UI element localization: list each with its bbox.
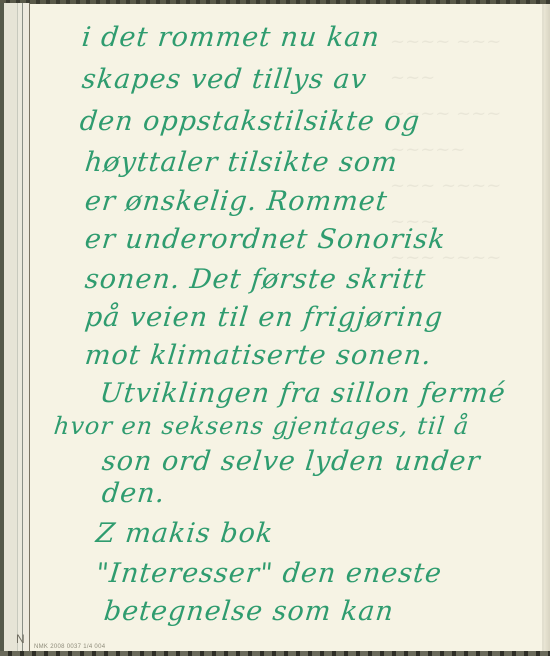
handwritten-line-1: i det rommet nu kan xyxy=(81,24,382,51)
manuscript-scan: ~~~~ ~~~ ~~~ ~~~~ ~~~ ~~~~~ ~~~ ~~~~ ~~~… xyxy=(0,0,550,656)
handwritten-line-7: sonen. Det første skritt xyxy=(84,266,428,293)
handwritten-line-2: skapes ved tillys av xyxy=(81,66,369,93)
handwritten-line-5: er ønskelig. Rommet xyxy=(84,188,389,215)
handwritten-line-11: hvor en seksens gjentages, til å xyxy=(53,414,471,438)
handwritten-line-10: Utviklingen fra sillon fermé xyxy=(99,380,508,407)
handwritten-line-4: høyttaler tilsikte som xyxy=(84,149,400,176)
scan-bottom-border xyxy=(0,651,550,656)
page-stack-edge xyxy=(0,3,30,651)
handwritten-line-14: Z makis bok xyxy=(95,520,275,547)
margin-mark: N xyxy=(16,632,25,646)
handwritten-line-8: på veien til en frigjøring xyxy=(84,304,445,331)
handwritten-line-15: "Interesser" den eneste xyxy=(95,560,444,587)
handwritten-line-13: den. xyxy=(101,480,167,507)
catalog-label: NMK 2008 0037 1/4 004 xyxy=(34,644,105,650)
page-right-edge xyxy=(544,4,550,651)
handwritten-line-12: son ord selve lyden under xyxy=(101,448,482,475)
handwritten-line-9: mot klimatiserte sonen. xyxy=(84,342,434,369)
handwritten-line-16: betegnelse som kan xyxy=(103,598,396,625)
handwritten-line-3: den oppstakstilsikte og xyxy=(79,108,422,135)
handwritten-line-6: er underordnet Sonorisk xyxy=(84,226,448,253)
manuscript-page: ~~~~ ~~~ ~~~ ~~~~ ~~~ ~~~~~ ~~~ ~~~~ ~~~… xyxy=(30,4,544,651)
